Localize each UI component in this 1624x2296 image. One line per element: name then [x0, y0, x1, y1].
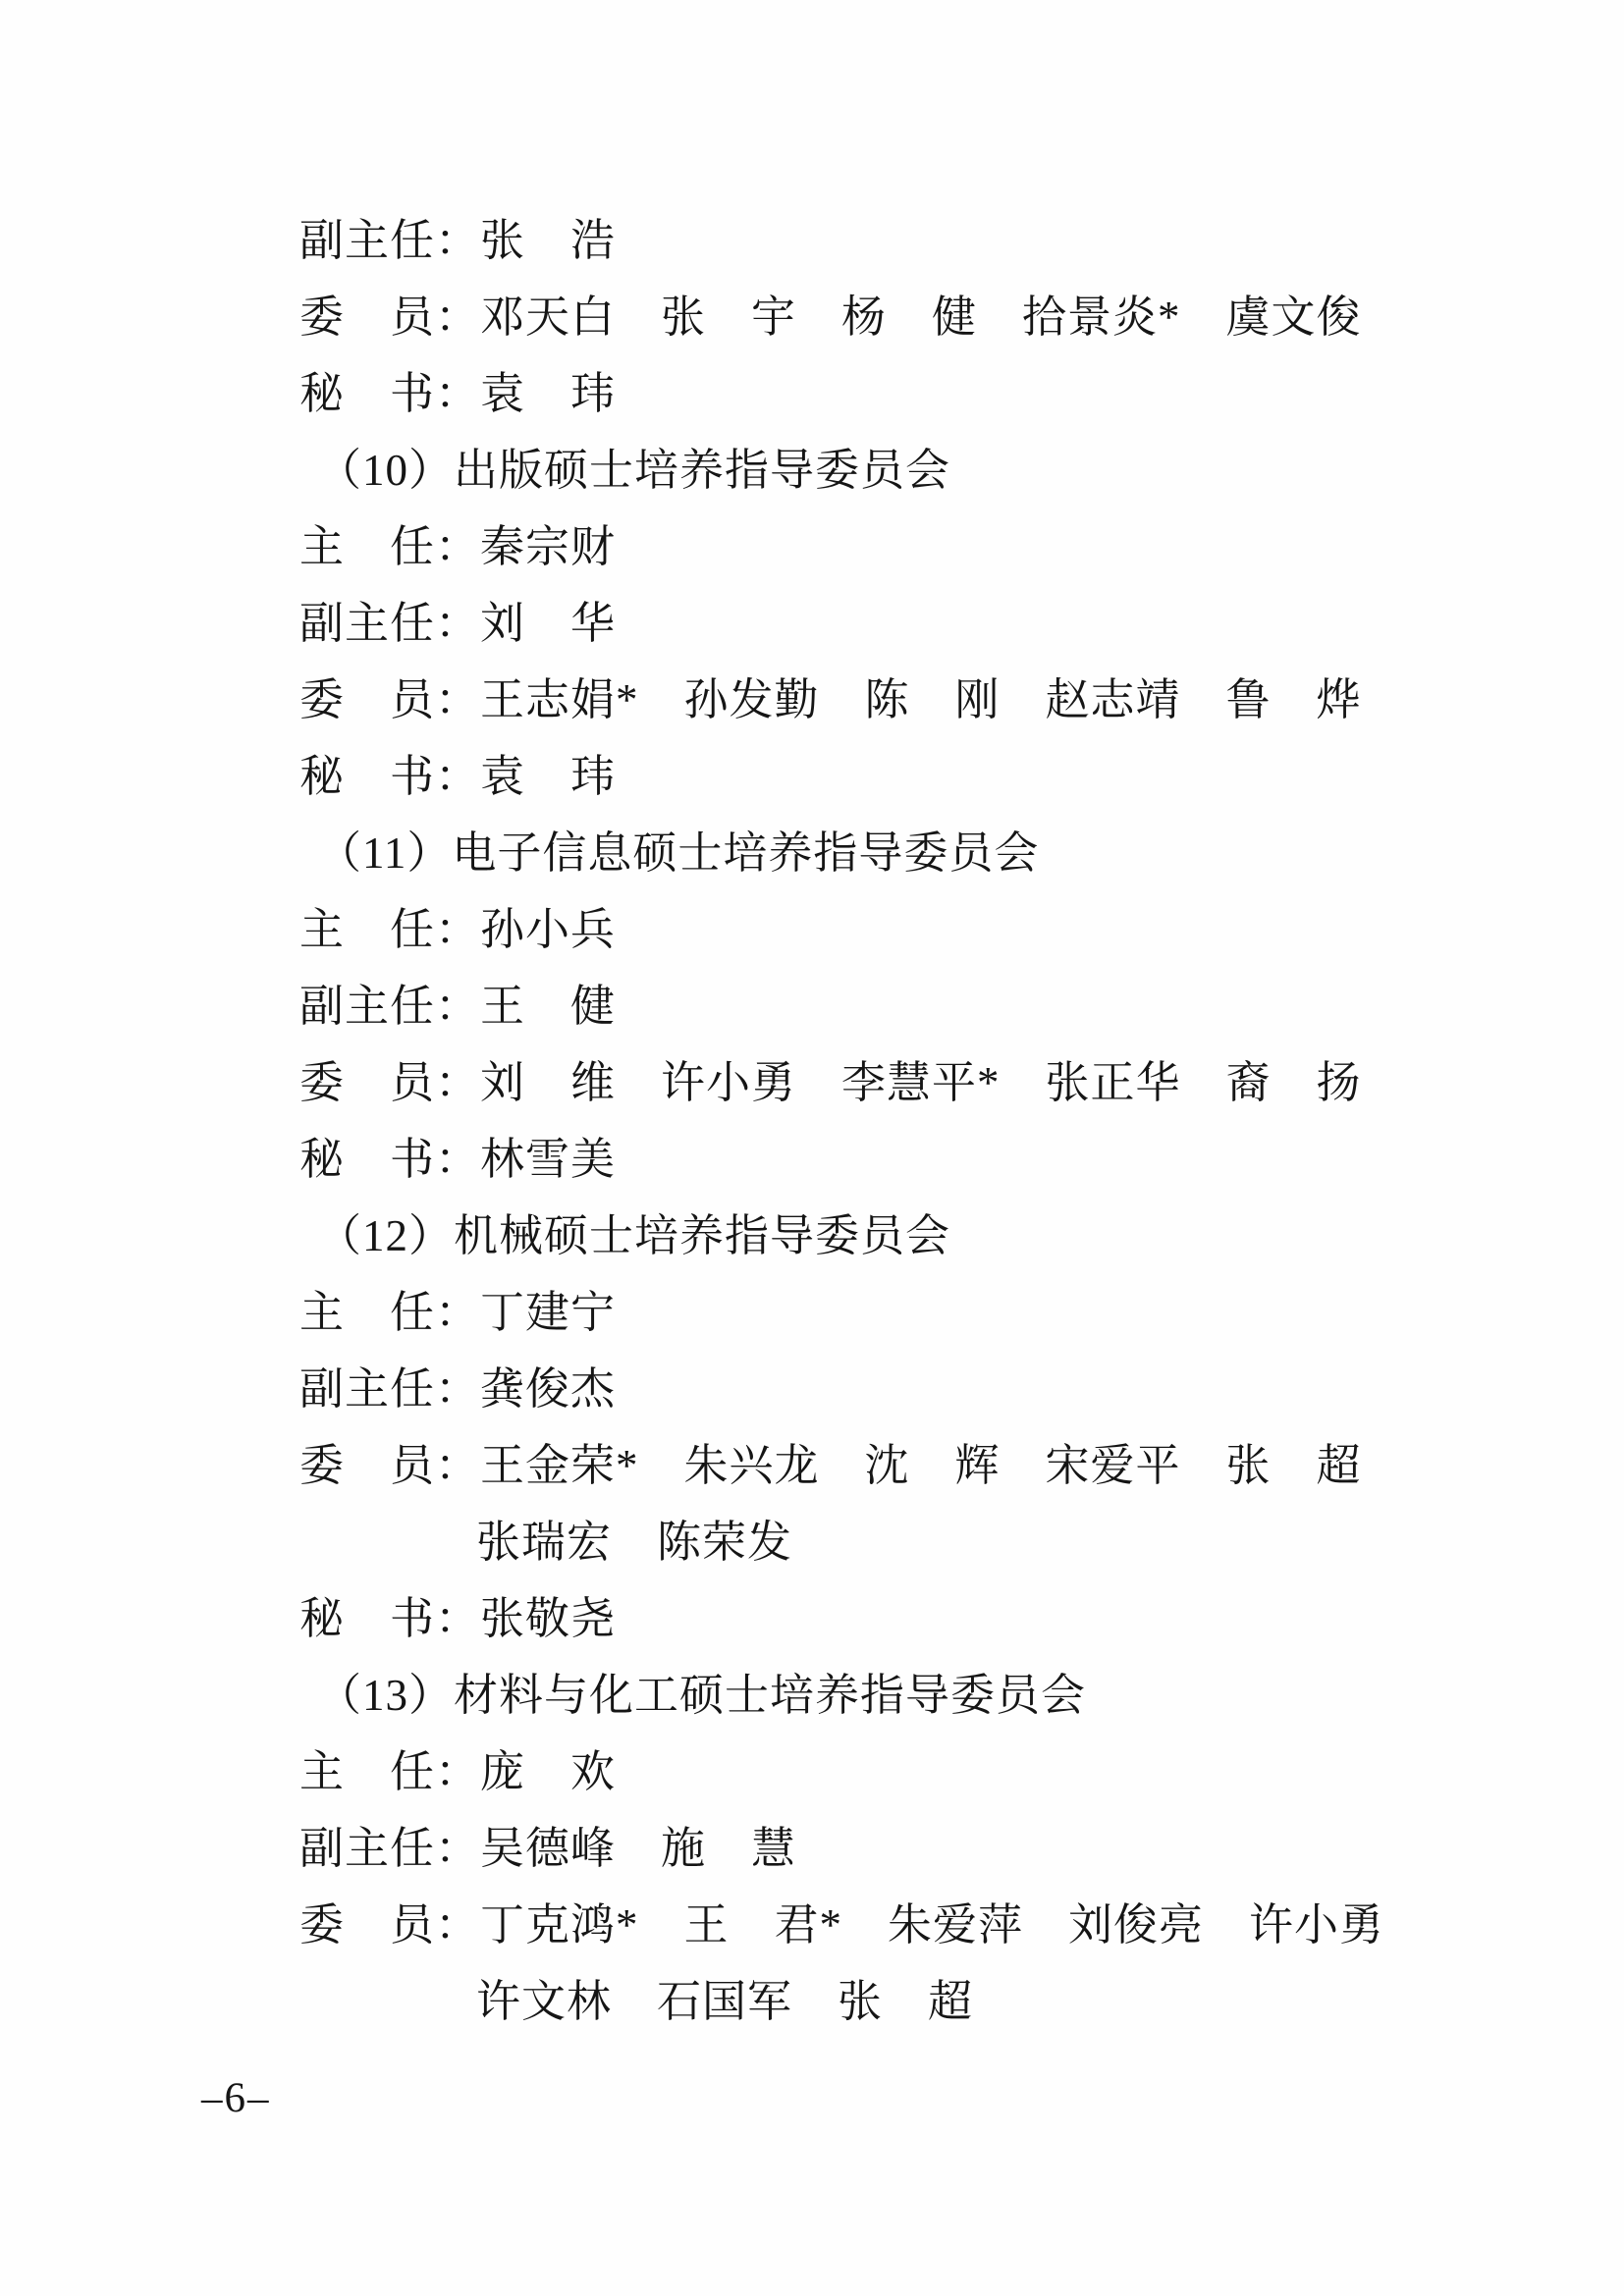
committee-entry-line: 主 任：孙小兵 [299, 891, 1438, 968]
member-names: 袁 玮 [480, 752, 616, 801]
committee-entry-line: 秘 书：袁 玮 [299, 355, 1438, 432]
committee-entry-line: 主 任：秦宗财 [299, 508, 1438, 585]
role-label: 副主任： [299, 599, 480, 648]
committee-entry-line: 副主任：刘 华 [299, 585, 1438, 662]
member-names: 秦宗财 [480, 522, 616, 571]
page-number: –6– [201, 2073, 271, 2124]
role-label: 秘 书： [299, 752, 480, 801]
member-names-continuation: 张瑞宏 陈荣发 [299, 1504, 1438, 1580]
role-label: 主 任： [299, 905, 480, 954]
committee-entry-line: 委 员：王金荣* 朱兴龙 沈 辉 宋爱平 张 超 [299, 1427, 1438, 1504]
member-names: 张 浩 [480, 216, 616, 265]
committee-section-heading: （13）材料与化工硕士培养指导委员会 [299, 1657, 1438, 1734]
committee-section-heading: （12）机械硕士培养指导委员会 [299, 1198, 1438, 1274]
role-label: 秘 书： [299, 369, 480, 418]
committee-entry-line: 秘 书：袁 玮 [299, 738, 1438, 815]
member-names: 林雪美 [480, 1135, 616, 1184]
committee-entry-line: 主 任：丁建宁 [299, 1274, 1438, 1351]
committee-entry-line: 秘 书：张敬尧 [299, 1580, 1438, 1657]
role-label: 主 任： [299, 1288, 480, 1337]
committee-entry-line: 副主任：王 健 [299, 968, 1438, 1044]
committee-entry-line: 委 员：王志娟* 孙发勤 陈 刚 赵志靖 鲁 烨 [299, 662, 1438, 738]
member-names: 袁 玮 [480, 369, 616, 418]
role-label: 主 任： [299, 522, 480, 571]
role-label: 委 员： [299, 1900, 480, 1949]
member-names: 邓天白 张 宇 杨 健 拾景炎* 虞文俊 [480, 293, 1362, 342]
member-names-continuation: 许文林 石国军 张 超 [299, 1963, 1438, 2040]
role-label: 副主任： [299, 982, 480, 1031]
member-names: 丁克鸿* 王 君* 朱爱萍 刘俊亮 许小勇 [480, 1900, 1384, 1949]
committee-entry-line: 副主任：张 浩 [299, 202, 1438, 279]
member-names: 孙小兵 [480, 905, 616, 954]
member-names: 王金荣* 朱兴龙 沈 辉 宋爱平 张 超 [480, 1441, 1362, 1490]
member-names: 龚俊杰 [480, 1364, 616, 1414]
role-label: 秘 书： [299, 1135, 480, 1184]
committee-entry-line: 委 员：丁克鸿* 王 君* 朱爱萍 刘俊亮 许小勇 [299, 1887, 1438, 1963]
member-names: 丁建宁 [480, 1288, 616, 1337]
member-names: 王志娟* 孙发勤 陈 刚 赵志靖 鲁 烨 [480, 675, 1362, 724]
member-names: 刘 华 [480, 599, 616, 648]
role-label: 委 员： [299, 1058, 480, 1107]
member-names: 王 健 [480, 982, 616, 1031]
document-body: 副主任：张 浩 委 员：邓天白 张 宇 杨 健 拾景炎* 虞文俊 秘 书：袁 玮… [299, 202, 1438, 2040]
committee-entry-line: 委 员：刘 维 许小勇 李慧平* 张正华 裔 扬 [299, 1044, 1438, 1121]
committee-section-heading: （10）出版硕士培养指导委员会 [299, 432, 1438, 508]
role-label: 委 员： [299, 675, 480, 724]
role-label: 主 任： [299, 1747, 480, 1796]
role-label: 副主任： [299, 1824, 480, 1873]
committee-entry-line: 副主任：龚俊杰 [299, 1351, 1438, 1427]
committee-entry-line: 秘 书：林雪美 [299, 1121, 1438, 1198]
role-label: 副主任： [299, 216, 480, 265]
member-names: 吴德峰 施 慧 [480, 1824, 796, 1873]
committee-entry-line: 主 任：庞 欢 [299, 1734, 1438, 1810]
member-names: 刘 维 许小勇 李慧平* 张正华 裔 扬 [480, 1058, 1362, 1107]
committee-entry-line: 委 员：邓天白 张 宇 杨 健 拾景炎* 虞文俊 [299, 279, 1438, 355]
role-label: 副主任： [299, 1364, 480, 1414]
document-page: 副主任：张 浩 委 员：邓天白 张 宇 杨 健 拾景炎* 虞文俊 秘 书：袁 玮… [0, 0, 1624, 2296]
role-label: 委 员： [299, 293, 480, 342]
committee-section-heading: （11）电子信息硕士培养指导委员会 [299, 815, 1438, 891]
committee-entry-line: 副主任：吴德峰 施 慧 [299, 1810, 1438, 1887]
member-names: 庞 欢 [480, 1747, 616, 1796]
role-label: 秘 书： [299, 1594, 480, 1643]
role-label: 委 员： [299, 1441, 480, 1490]
member-names: 张敬尧 [480, 1594, 616, 1643]
